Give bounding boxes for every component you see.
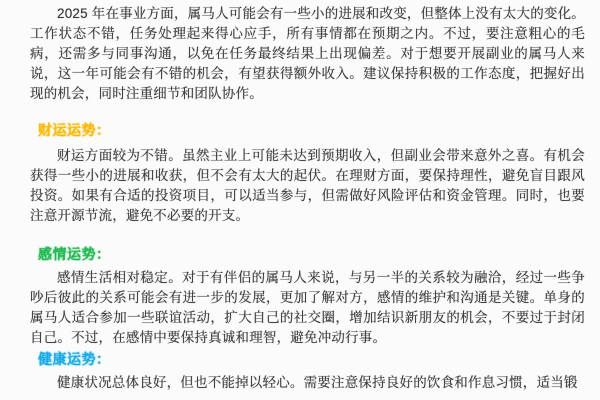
wealth-paragraph: 财运方面较为不错。虽然主业上可能未达到预期收入，但副业会带来意外之喜。有机会获得… [30, 146, 585, 226]
health-paragraph: 健康状况总体良好，但也不能掉以轻心。需要注意保持良好的饮食和作息习惯，适当锻 [30, 373, 585, 393]
fortune-article: 2025 年在事业方面，属马人可能会有一些小的进展和改变，但整体上没有太大的变化… [0, 0, 600, 400]
love-paragraph: 感情生活相对稳定。对于有伴侣的属马人来说，与另一半的关系较为融洽，经过一些争吵后… [30, 268, 585, 348]
career-paragraph: 2025 年在事业方面，属马人可能会有一些小的进展和改变，但整体上没有太大的变化… [30, 4, 585, 104]
wealth-section-heading: 财运运势： [38, 120, 585, 140]
health-section-heading: 健康运势： [38, 349, 585, 369]
love-section-heading: 感情运势： [38, 244, 585, 264]
